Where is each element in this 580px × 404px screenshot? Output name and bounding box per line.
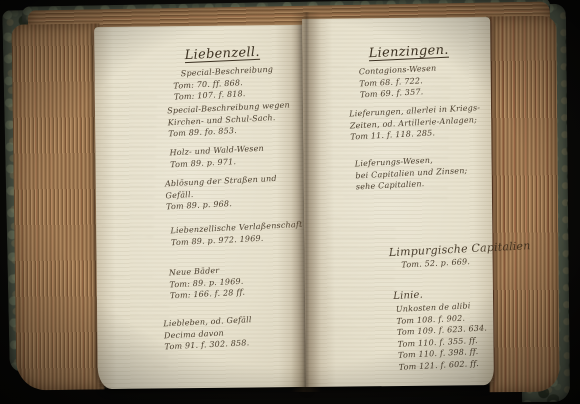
index-entry: Contagions-WesenTom 68. f. 722.Tom 69. f…	[359, 63, 438, 101]
entry-line: Tom 69. f. 357.	[360, 86, 438, 101]
index-entry: Neue BäderTom: 89. p. 1969.Tom: 166. f. …	[169, 264, 246, 302]
photo-background: Liebenzell. Special-BeschreibungTom: 70.…	[0, 0, 580, 404]
index-entry: Liebenzellische VerlaßenschaftTom 89. p.…	[170, 219, 303, 248]
ink-bleed-through	[102, 86, 158, 237]
index-entry: Holz- und Wald-WesenTom 89. p. 971.	[169, 143, 264, 171]
right-page: Lienzingen. Contagions-WesenTom 68. f. 7…	[302, 17, 494, 387]
index-entry: Liebleben, od. GefällDecima davonTom 91.…	[163, 314, 253, 353]
entry-line: Tom: 166. f. 28 ff.	[170, 287, 246, 302]
index-entry: Special-Beschreibung wegenKirchen- und S…	[167, 99, 291, 139]
left-page-heading: Liebenzell.	[184, 45, 260, 63]
right-page-heading: Lienzingen.	[368, 43, 449, 62]
left-page: Liebenzell. Special-BeschreibungTom: 70.…	[94, 25, 308, 389]
index-entry: Lieferungs-Wesen,bei Capitalien und Zins…	[355, 153, 469, 193]
page-edges-right	[486, 16, 559, 393]
index-entry: Linie.Unkosten de alibiTom 108. f. 902.T…	[393, 286, 489, 373]
index-entry: Special-BeschreibungTom: 70. ff. 868.Tom…	[181, 64, 275, 103]
ink-bleed-through	[108, 276, 170, 367]
index-entry: Lieferungen, allerlei in Kriegs-Zeiten, …	[349, 102, 482, 143]
index-entry: Ablösung der Straßen undGefäll.Tom 89. p…	[165, 173, 278, 213]
ink-bleed-through	[323, 218, 396, 340]
page-edges-left	[11, 23, 104, 390]
